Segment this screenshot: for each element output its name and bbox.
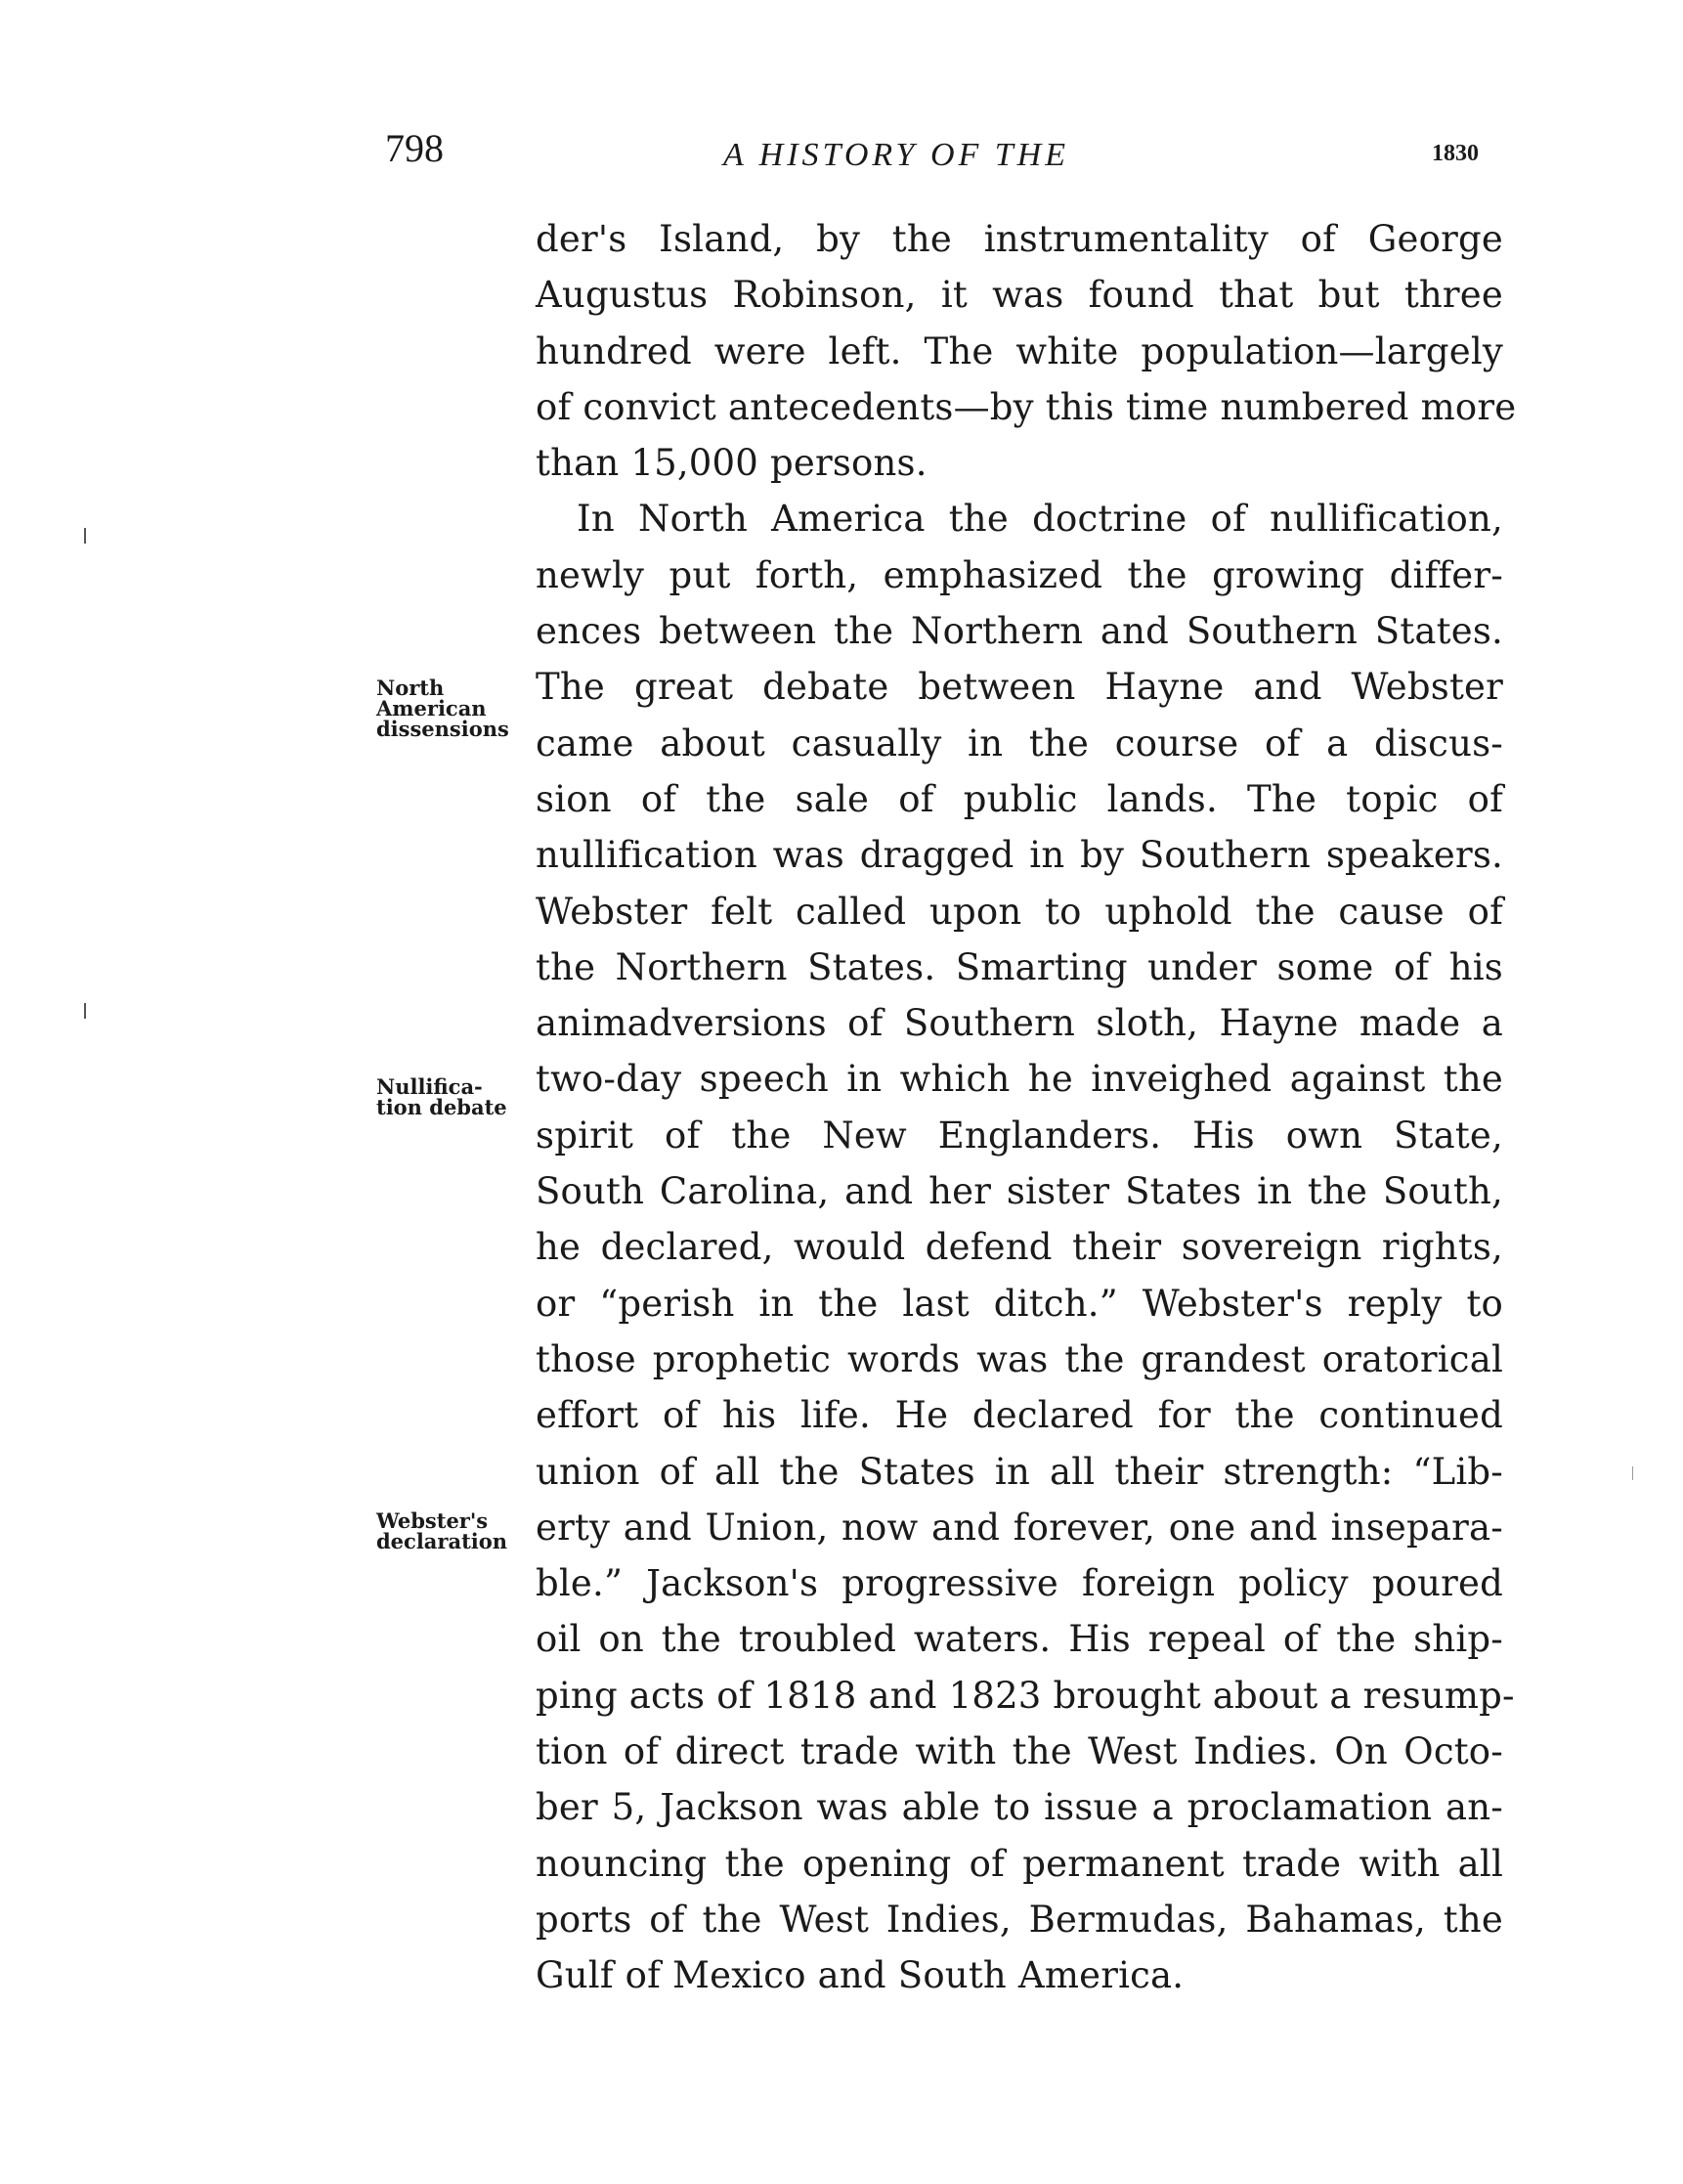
text-line: spirit of the New Englanders. His own St… bbox=[536, 1108, 1503, 1163]
sidenote-north-american-dissensions: North American dissensions bbox=[376, 677, 509, 739]
text-line: Augustus Robinson, it was found that but… bbox=[536, 267, 1503, 323]
text-line: South Carolina, and her sister States in… bbox=[536, 1163, 1503, 1219]
header-year: 1830 bbox=[1432, 141, 1479, 167]
text-line: those prophetic words was the grandest o… bbox=[536, 1332, 1503, 1387]
sidenote-line: North bbox=[376, 677, 509, 698]
text-line: ble.” Jackson's progressive foreign poli… bbox=[536, 1555, 1503, 1611]
text-line: Webster felt called upon to uphold the c… bbox=[536, 884, 1503, 939]
text-line: than 15,000 persons. bbox=[536, 435, 1503, 491]
text-line: nouncing the opening of permanent trade … bbox=[536, 1836, 1503, 1892]
text-line: The great debate between Hayne and Webst… bbox=[536, 659, 1503, 715]
text-line: ber 5, Jackson was able to issue a procl… bbox=[536, 1779, 1503, 1835]
text-line: effort of his life. He declared for the … bbox=[536, 1387, 1503, 1443]
text-line: nullification was dragged in by Southern… bbox=[536, 827, 1503, 883]
running-title: A HISTORY OF THE bbox=[723, 137, 1069, 174]
sidenote-line: declaration bbox=[376, 1531, 507, 1551]
text-line: erty and Union, now and forever, one and… bbox=[536, 1500, 1503, 1555]
page-number: 798 bbox=[385, 125, 444, 171]
text-line: came about casually in the course of a d… bbox=[536, 716, 1503, 771]
text-line: oil on the troubled waters. His repeal o… bbox=[536, 1611, 1503, 1667]
text-line: animadversions of Southern sloth, Hayne … bbox=[536, 995, 1503, 1051]
text-line: two-day speech in which he inveighed aga… bbox=[536, 1051, 1503, 1107]
text-line: hundred were left. The white population—… bbox=[536, 324, 1503, 379]
text-line: ping acts of 1818 and 1823 brought about… bbox=[536, 1668, 1503, 1724]
text-line: In North America the doctrine of nullifi… bbox=[536, 491, 1503, 546]
text-line: sion of the sale of public lands. The to… bbox=[536, 771, 1503, 827]
sidenote-nullification-debate: Nullifica- tion debate bbox=[376, 1076, 507, 1117]
text-line: union of all the States in all their str… bbox=[536, 1444, 1503, 1500]
text-line: tion of direct trade with the West Indie… bbox=[536, 1724, 1503, 1779]
page-header: 798 A HISTORY OF THE 1830 bbox=[0, 125, 1683, 184]
edge-mark bbox=[1632, 1466, 1633, 1480]
text-line: ences between the Northern and Southern … bbox=[536, 603, 1503, 659]
text-line: newly put forth, emphasized the growing … bbox=[536, 547, 1503, 603]
margin-mark bbox=[84, 528, 86, 544]
text-line: of convict antecedents—by this time numb… bbox=[536, 379, 1503, 435]
sidenote-line: Nullifica- bbox=[376, 1076, 507, 1097]
text-line: der's Island, by the instrumentality of … bbox=[536, 211, 1503, 267]
sidenote-line: tion debate bbox=[376, 1097, 507, 1117]
text-line: or “perish in the last ditch.” Webster's… bbox=[536, 1276, 1503, 1332]
sidenote-line: Webster's bbox=[376, 1510, 507, 1531]
text-line: the Northern States. Smarting under some… bbox=[536, 939, 1503, 995]
text-line: he declared, would defend their sovereig… bbox=[536, 1219, 1503, 1275]
sidenote-line: American bbox=[376, 698, 509, 719]
sidenote-line: dissensions bbox=[376, 719, 509, 739]
text-line: Gulf of Mexico and South America. bbox=[536, 1947, 1503, 2003]
margin-mark bbox=[84, 1003, 86, 1019]
sidenote-websters-declaration: Webster's declaration bbox=[376, 1510, 507, 1551]
body-text: der's Island, by the instrumentality of … bbox=[536, 211, 1503, 2004]
text-line: ports of the West Indies, Bermudas, Baha… bbox=[536, 1892, 1503, 1947]
